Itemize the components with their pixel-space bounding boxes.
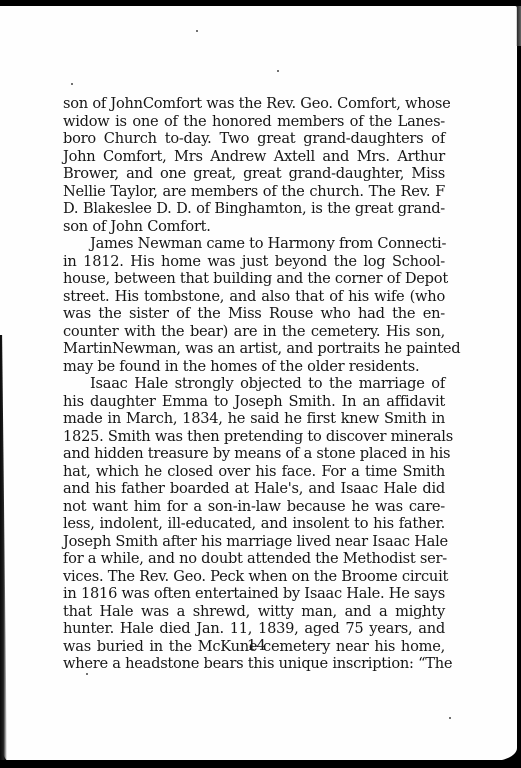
text-line: counter with the bear) are in the cemete… xyxy=(63,323,445,341)
scan-speck xyxy=(71,83,73,85)
text-line: in 1812. His home was just beyond the lo… xyxy=(63,253,445,271)
scan-speck xyxy=(196,30,198,32)
text-line: son of John Comfort. xyxy=(63,218,445,236)
scan-speck xyxy=(277,70,279,72)
text-line: James Newman came to Harmony from Connec… xyxy=(63,235,445,253)
text-line: son of JohnComfort was the Rev. Geo. Com… xyxy=(63,95,445,113)
text-line: widow is one of the honored members of t… xyxy=(63,113,445,131)
text-line: boro Church to-day. Two great grand-daug… xyxy=(63,130,445,148)
scan-speck xyxy=(86,673,88,675)
text-line: and hidden treasure by means of a stone … xyxy=(63,445,445,463)
text-line: where a headstone bears this unique insc… xyxy=(63,655,445,673)
text-line: hunter. Hale died Jan. 11, 1839, aged 75… xyxy=(63,620,445,638)
text-line: was the sister of the Miss Rouse who had… xyxy=(63,305,445,323)
text-line: Brower, and one great, great grand-daugh… xyxy=(63,165,445,183)
text-line: D. Blakeslee D. D. of Binghamton, is the… xyxy=(63,200,445,218)
text-line: John Comfort, Mrs Andrew Axtell and Mrs.… xyxy=(63,148,445,166)
text-line: MartinNewman, was an artist, and portrai… xyxy=(63,340,445,358)
text-line: house, between that building and the cor… xyxy=(63,270,445,288)
text-line: not want him for a son-in-law because he… xyxy=(63,498,445,516)
scan-speck xyxy=(449,717,451,719)
paragraph-james-newman: James Newman came to Harmony from Connec… xyxy=(63,235,445,375)
page-edge-shadow-bottom xyxy=(0,760,521,768)
page-body-text: son of JohnComfort was the Rev. Geo. Com… xyxy=(63,95,445,673)
text-line: Nellie Taylor, are members of the church… xyxy=(63,183,445,201)
text-line: street. His tombstone, and also that of … xyxy=(63,288,445,306)
text-line: that Hale was a shrewd, witty man, and a… xyxy=(63,603,445,621)
text-line: may be found in the homes of the older r… xyxy=(63,358,445,376)
text-line: Joseph Smith after his marriage lived ne… xyxy=(63,533,445,551)
page-edge-fold-right xyxy=(516,6,521,46)
text-line: vices. The Rev. Geo. Peck when on the Br… xyxy=(63,568,445,586)
text-line: in 1816 was often entertained by Isaac H… xyxy=(63,585,445,603)
text-line: 1825. Smith was then pretending to disco… xyxy=(63,428,445,446)
paragraph-comfort-family: son of JohnComfort was the Rev. Geo. Com… xyxy=(63,95,445,235)
page-number: 14 xyxy=(247,636,266,654)
text-line: less, indolent, ill-educated, and insole… xyxy=(63,515,445,533)
text-line: Isaac Hale strongly objected to the marr… xyxy=(63,375,445,393)
text-line: made in March, 1834, he said he first kn… xyxy=(63,410,445,428)
text-line: for a while, and no doubt attended the M… xyxy=(63,550,445,568)
text-line: hat, which he closed over his face. For … xyxy=(63,463,445,481)
text-line: and his father boarded at Hale's, and Is… xyxy=(63,480,445,498)
paragraph-isaac-hale: Isaac Hale strongly objected to the marr… xyxy=(63,375,445,673)
text-line: his daughter Emma to Joseph Smith. In an… xyxy=(63,393,445,411)
